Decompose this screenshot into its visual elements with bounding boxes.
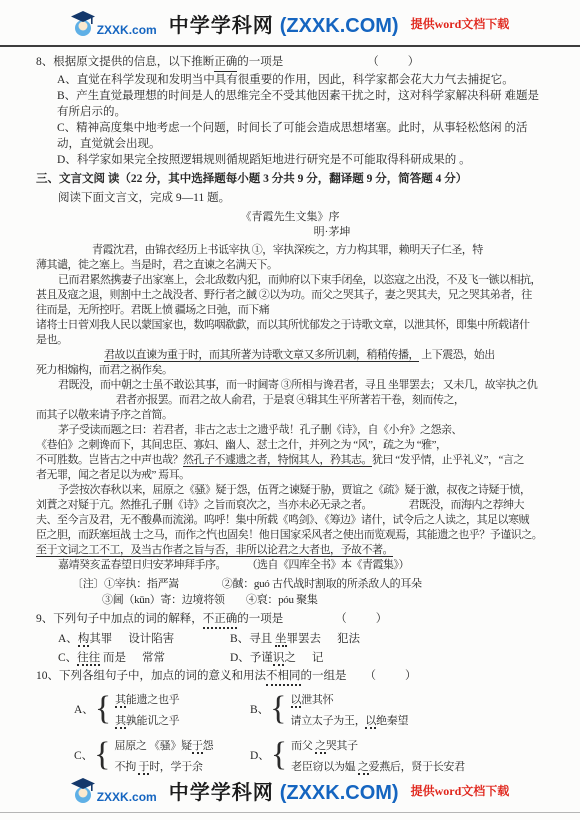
q10-stem-emphasis: 不相同 bbox=[266, 668, 301, 686]
site-domain: (ZXXK.COM) bbox=[280, 15, 399, 37]
doc-line: 〔注〕①宰执：指严嵩 ②馘：guó 古代战时割取的所杀敌人的耳朵 bbox=[72, 576, 544, 592]
option-text: 精神高度集中地考虑一个问题，时间长了可能会造成思想堵塞。此时，从事轻松悠闲 的活… bbox=[57, 122, 528, 150]
q9-option-c: C、往往 而是常常 bbox=[58, 651, 230, 666]
option-sentence: 其孰能讥之乎 bbox=[115, 712, 179, 728]
text-segment: 识 bbox=[273, 652, 285, 666]
option-label: D、 bbox=[250, 747, 270, 763]
q10-stem: 10、下列各组句子中，加点的词的意义和用法 不相同 的一组是 （ ） bbox=[36, 668, 544, 686]
text-segment: 其罪 bbox=[89, 633, 112, 645]
text-segment: 而是 bbox=[100, 652, 126, 664]
text-segment: 君既没，而海内之荐绅大 bbox=[409, 499, 525, 511]
text-segment: 者无罪，闻之者足以为戒” 焉耳。 bbox=[36, 469, 190, 481]
option-label: B、 bbox=[230, 633, 249, 645]
option-phrase: 予谨识之 bbox=[250, 652, 296, 666]
site-name: 中学学科网 bbox=[169, 782, 274, 804]
option-meaning: 犯法 bbox=[337, 633, 360, 645]
text-segment bbox=[221, 559, 253, 571]
q10-option-a: A、 其能遗之也乎其孰能讥之乎 bbox=[74, 691, 250, 728]
download-tagline: 提供word文档下载 bbox=[411, 782, 510, 799]
doc-line: 君者亦报罢。而君之故人俞君，于是裒 ④辑其生平所著若干卷，刻而传之， bbox=[36, 393, 544, 408]
q8-option-b: B、产生直觉最理想的时间是人的思维完全不受其他因素干扰之时，这对科学家解决科研 … bbox=[57, 88, 544, 120]
text-segment: 予尝按次春秋以来，屈原之《骚》疑于怨，伍胥之谏疑于胁，贾谊之《疏》疑于激，叔夜之… bbox=[58, 484, 531, 496]
option-label: A、 bbox=[74, 701, 94, 717]
option-sentence: 请立太子为王，以绝秦望 bbox=[291, 712, 409, 728]
text-segment: 君故以直谏为重于时，而其所著为诗歌文章又多所讥刺，稍稍传播， bbox=[104, 349, 419, 363]
bottom-rule bbox=[0, 812, 580, 813]
site-title: 中学学科网 (ZXXK.COM) bbox=[169, 776, 399, 805]
text-segment: 上下震恐，始出 bbox=[419, 349, 495, 361]
option-meaning: 记 bbox=[312, 652, 324, 664]
option-phrase: 往往 而是 bbox=[77, 652, 126, 666]
question-10: 10、下列各组句子中，加点的词的意义和用法 不相同 的一组是 （ ） A、 其能… bbox=[36, 668, 544, 774]
text-segment: （选自《四库全书》本《青霞集》） bbox=[252, 559, 409, 571]
option-label: B、 bbox=[57, 90, 76, 102]
text-segment: 往往 bbox=[77, 652, 100, 666]
site-domain: (ZXXK.COM) bbox=[280, 782, 399, 804]
exam-page: ZXXK.com 中学学科网 (ZXXK.COM) 提供word文档下载 8、根… bbox=[0, 0, 580, 820]
text-segment: 君既没，而中朝之士虽不敢讼其事，而一时阃寄 ③所相与谗君者，寻且 坐罪罢去； 又… bbox=[58, 379, 537, 391]
brace-icon bbox=[94, 741, 110, 770]
q10-number: 10、 bbox=[36, 668, 59, 684]
logo-text: ZXXK.com bbox=[97, 23, 157, 37]
q9-stem-text: 下列句子中加点的词的解释， bbox=[53, 611, 203, 627]
text-segment: 泄其怀 bbox=[301, 694, 333, 706]
doc-line: 君故以直谏为重于时，而其所著为诗歌文章又多所讥刺，稍稍传播， 上下震恐，始出 bbox=[36, 348, 544, 363]
answer-bracket: （ ） bbox=[365, 668, 419, 684]
text-segment: 构 bbox=[78, 633, 90, 647]
passage-body: 青霞沈君，由锦衣经历上书诋宰执 ①，宰执深疾之，方力构其罪，赖明天子仁圣，特薄其… bbox=[36, 243, 544, 573]
doc-line: 是也。 bbox=[36, 333, 544, 348]
doc-line: 而其子以敬来请予序之首简。 bbox=[36, 408, 544, 423]
text-segment: 能遗之也乎 bbox=[126, 694, 180, 706]
q9-options-grid: A、构其罪设计陷害 B、寻且 坐罪罢去犯法 C、往往 而是常常 D、予谨识之记 bbox=[58, 632, 544, 666]
text-segment: 死力相煽构，而君之祸作矣。 bbox=[36, 364, 173, 376]
brace-icon bbox=[271, 741, 287, 770]
doc-line: 者无罪，闻之者足以为戒” 焉耳。 bbox=[36, 468, 544, 483]
text-segment: 寻且 bbox=[249, 633, 275, 645]
text-segment: 不可胜数。岂皆古之中声也哉？ bbox=[36, 454, 183, 466]
text-segment: 嘉靖癸亥孟春望日归安茅坤拜手序。 bbox=[58, 559, 221, 571]
doc-line: 已而君累然携妻子出家塞上，会北敌数内犯，而帅府以下束手闭垒，以恣寇之出没，不及飞… bbox=[36, 273, 544, 288]
q8-stem: 8、根据原文提供的信息，以下推断 正确 的一项是 （ ） bbox=[36, 54, 544, 72]
q10-option-b: B、 以泄其怀请立太子为王，以绝秦望 bbox=[250, 691, 544, 728]
option-text: 直觉在科学发现和发明当中具有很重要的作用，因此，科学家都会花大力气去捕捉它。 bbox=[77, 74, 514, 86]
question-9: 9、下列句子中加点的词的解释，不正确 的一项是 （ ） A、构其罪设计陷害 B、… bbox=[36, 611, 544, 666]
q8-option-a: A、直觉在科学发现和发明当中具有很重要的作用，因此，科学家都会花大力气去捕捉它。 bbox=[57, 72, 544, 88]
text-segment: 薄其谴，徙之塞上。当是时，君之直谏之名满天下。 bbox=[36, 259, 278, 271]
site-title: 中学学科网 (ZXXK.COM) bbox=[169, 9, 399, 38]
text-segment: 而其子以敬来请予序之首简。 bbox=[36, 409, 173, 421]
page-content: 8、根据原文提供的信息，以下推断 正确 的一项是 （ ） A、直觉在科学发现和发… bbox=[0, 47, 580, 774]
option-text: 产生直觉最理想的时间是人的思维完全不受其他因素干扰之时，这对科学家解决科研 难题… bbox=[57, 90, 539, 118]
text-segment: 之 bbox=[284, 652, 296, 664]
text-segment: 坐 bbox=[275, 633, 287, 647]
text-segment: 哭其子 bbox=[326, 740, 358, 752]
text-segment: 青霞沈君，由锦衣经历上书诋宰执 ①，宰执深疾之，方力构其罪，赖明天子仁圣，特 bbox=[92, 244, 483, 256]
text-segment: 以 bbox=[365, 715, 376, 729]
option-label: B、 bbox=[250, 701, 269, 717]
answer-bracket: （ ） bbox=[335, 611, 389, 627]
option-text: 科学家如果完全按照逻辑规则循规蹈矩地进行研究是不可能取得科研成果的 。 bbox=[77, 154, 471, 166]
doc-line: 甚且及寇之退，则割中土之战没者、野行者之馘 ②以为功。而父之哭其子，妻之哭其夫，… bbox=[36, 288, 544, 303]
option-label: D、 bbox=[57, 154, 77, 166]
q10-stem-tail: 的一组是 bbox=[301, 668, 347, 684]
text-segment: 然孔子不遽遗之者，特悯其人，矜其志。 bbox=[183, 454, 372, 468]
q9-option-b: B、寻且 坐罪罢去犯法 bbox=[230, 632, 544, 647]
q9-option-a: A、构其罪设计陷害 bbox=[58, 632, 230, 647]
option-pair: 其能遗之也乎其孰能讥之乎 bbox=[115, 691, 179, 728]
option-meaning: 设计陷害 bbox=[128, 633, 174, 645]
doc-line: 薄其谴，徙之塞上。当是时，君之直谏之名满天下。 bbox=[36, 258, 544, 273]
text-segment: 怨 bbox=[203, 740, 214, 752]
text-segment: 绝秦望 bbox=[376, 715, 408, 727]
zxxk-mascot-icon bbox=[71, 11, 95, 37]
text-segment: 刘蕡之对疑于亢。然推孔子删《诗》之旨而裒次之，当亦未必无录之者。 bbox=[36, 499, 367, 511]
download-tagline: 提供word文档下载 bbox=[411, 15, 510, 32]
option-sentence: 以泄其怀 bbox=[291, 691, 409, 707]
site-name: 中学学科网 bbox=[169, 15, 274, 37]
option-label: C、 bbox=[57, 122, 76, 134]
doc-line: 君既没，而中朝之士虽不敢讼其事，而一时阃寄 ③所相与谗君者，寻且 坐罪罢去； 又… bbox=[36, 378, 544, 393]
option-sentence: 而父 之哭其子 bbox=[291, 737, 465, 753]
answer-bracket: （ ） bbox=[367, 54, 421, 70]
text-segment: 茅子受读而题之曰：若君者，非古之志士之遗乎哉！孔子删《诗》，自《小弁》之怨亲、 bbox=[58, 424, 462, 436]
text-segment: 是也。 bbox=[36, 334, 68, 346]
option-phrase: 构其罪 bbox=[78, 633, 113, 647]
text-segment: 其 bbox=[115, 694, 126, 708]
text-segment: 孰能讥之乎 bbox=[126, 715, 180, 727]
text-segment: 以 bbox=[291, 694, 302, 708]
option-label: A、 bbox=[57, 74, 77, 86]
doc-line: 刘蕡之对疑于亢。然推孔子删《诗》之旨而裒次之，当亦未必无录之者。 君既没，而海内… bbox=[36, 498, 544, 513]
option-label: D、 bbox=[230, 652, 250, 664]
q8-stem-text: 根据原文提供的信息，以下推断 bbox=[53, 54, 214, 70]
text-segment: 甚且及寇之退，则割中土之战没者、野行者之馘 ②以为功。而父之哭其子，妻之哭其夫，… bbox=[36, 289, 532, 301]
text-segment: 之 bbox=[315, 740, 326, 754]
text-segment: 其 bbox=[115, 715, 126, 729]
doc-line: 臣之胆，而跃塞垣战 士之马，而作之忾也固矣！他日国家采风者之使出而览观焉，其能遗… bbox=[36, 528, 544, 543]
option-phrase: 寻且 坐罪罢去 bbox=[249, 633, 321, 647]
doc-line: 诸将士日菅刈我人民以蒙国家也，数呜咽欷歔，而以其所忧郁发之于诗歌文章，以泄其怀，… bbox=[36, 318, 544, 333]
doc-line: 嘉靖癸亥孟春望日归安茅坤拜手序。 （选自《四库全书》本《青霞集》） bbox=[36, 558, 544, 573]
section-3-heading: 三、文言文阅 读（22 分，其中选择题每小题 3 分共 9 分，翻译题 9 分，… bbox=[36, 171, 544, 188]
text-segment: ③阃（kūn）寄：边境将领 ④裒：póu 聚集 bbox=[102, 594, 318, 606]
zxxk-logo: ZXXK.com bbox=[71, 778, 157, 804]
q9-number: 9、 bbox=[36, 611, 53, 627]
text-segment: 于 bbox=[192, 740, 203, 754]
doc-line: 茅子受读而题之曰：若君者，非古之志士之遗乎哉！孔子删《诗》，自《小弁》之怨亲、 bbox=[36, 423, 544, 438]
brace-icon bbox=[95, 695, 111, 724]
q9-stem: 9、下列句子中加点的词的解释，不正确 的一项是 （ ） bbox=[36, 611, 544, 629]
text-segment: 诸将士日菅刈我人民以蒙国家也，数呜咽欷歔，而以其所忧郁发之于诗歌文章，以泄其怀，… bbox=[36, 319, 530, 331]
text-segment: 〔注〕①宰执：指严嵩 ②馘：guó 古代战时割取的所杀敌人的耳朵 bbox=[72, 578, 422, 590]
zxxk-logo: ZXXK.com bbox=[71, 11, 157, 37]
doc-line: ③阃（kūn）寄：边境将领 ④裒：póu 聚集 bbox=[72, 592, 544, 608]
option-meaning: 常常 bbox=[142, 652, 165, 664]
doc-line: 不可胜数。岂皆古之中声也哉？然孔子不遽遗之者，特悯其人，矜其志。犹曰 “发乎情，… bbox=[36, 453, 544, 468]
text-segment: 屈原之 《骚》疑 bbox=[115, 740, 192, 752]
doc-line: 予尝按次春秋以来，屈原之《骚》疑于怨，伍胥之谏疑于胁，贾谊之《疏》疑于激，叔夜之… bbox=[36, 483, 544, 498]
option-label: C、 bbox=[74, 747, 93, 763]
text-segment: 至于文词之工不工，及当古作者之旨与否，非所以论君之大者也，予故不著。 bbox=[36, 544, 393, 558]
q9-stem-emphasis: 不正确 bbox=[203, 611, 238, 629]
q8-stem-emphasis: 正确 bbox=[214, 54, 237, 72]
text-segment: 予谨 bbox=[250, 652, 273, 664]
option-sentence: 其能遗之也乎 bbox=[115, 691, 179, 707]
text-segment: 请立太子为王， bbox=[291, 715, 366, 727]
q8-stem-tail: 的一项是 bbox=[237, 54, 283, 70]
logo-text: ZXXK.com bbox=[97, 790, 157, 804]
q9-stem-tail: 的一项是 bbox=[237, 611, 283, 627]
doc-line: 至于文词之工不工，及当古作者之旨与否，非所以论君之大者也，予故不著。 bbox=[36, 543, 544, 558]
option-label: A、 bbox=[58, 633, 78, 645]
q10-stem-text: 下列各组句子中，加点的词的意义和用法 bbox=[59, 668, 266, 684]
footer-bar: ZXXK.com 中学学科网 (ZXXK.COM) 提供word文档下载 bbox=[0, 767, 580, 812]
doc-line: 死力相煽构，而君之祸作矣。 bbox=[36, 363, 544, 378]
text-segment: 《巷伯》之刺谗而下，其间忠臣、寡妇、幽人、怼士之什，并列之为 “风”，疏之为 “… bbox=[36, 439, 447, 451]
zxxk-mascot-icon bbox=[71, 778, 95, 804]
text-segment: 罪罢去 bbox=[287, 633, 322, 645]
q9-option-d: D、予谨识之记 bbox=[230, 651, 544, 666]
doc-line: 夫、至今言及君，无不酸鼻而流涕。呜呼！集中所载《鸣剑》、《筹边》诸什，试令后之人… bbox=[36, 513, 544, 528]
text-segment: 君者亦报罢。而君之故人俞君，于是裒 ④辑其生平所著若干卷，刻而传之， bbox=[116, 394, 465, 406]
brace-icon bbox=[270, 695, 286, 724]
passage-author: 明·茅坤 bbox=[36, 225, 544, 240]
text-segment bbox=[367, 499, 409, 511]
option-pair: 以泄其怀请立太子为王，以绝秦望 bbox=[291, 691, 409, 728]
text-segment: 已而君累然携妻子出家塞上，会北敌数内犯，而帅府以下束手闭垒，以恣寇之出没，不及飞… bbox=[58, 274, 541, 286]
passage-intro: 阅读下面文言文，完成 9—11 题。 bbox=[58, 190, 544, 206]
option-label: C、 bbox=[58, 652, 77, 664]
q8-option-c: C、精神高度集中地考虑一个问题，时间长了可能会造成思想堵塞。此时，从事轻松悠闲 … bbox=[57, 120, 544, 152]
q8-number: 8、 bbox=[36, 54, 53, 70]
text-segment: 犹曰 “发乎情，止乎礼义”，“言之 bbox=[372, 454, 524, 466]
header-bar: ZXXK.com 中学学科网 (ZXXK.COM) 提供word文档下载 bbox=[0, 0, 580, 47]
q10-options-grid: A、 其能遗之也乎其孰能讥之乎 B、 以泄其怀请立太子为王，以绝秦望 C、 屈原… bbox=[74, 691, 544, 774]
text-segment: 往而是，无所控吁。君既上愤 疆场之日弛，而下痛 bbox=[36, 304, 269, 316]
option-sentence: 屈原之 《骚》疑于怨 bbox=[115, 737, 214, 753]
doc-line: 往而是，无所控吁。君既上愤 疆场之日弛，而下痛 bbox=[36, 303, 544, 318]
doc-line: 《巷伯》之刺谗而下，其间忠臣、寡妇、幽人、怼士之什，并列之为 “风”，疏之为 “… bbox=[36, 438, 544, 453]
doc-line: 青霞沈君，由锦衣经历上书诋宰执 ①，宰执深疾之，方力构其罪，赖明天子仁圣，特 bbox=[36, 243, 544, 258]
passage-notes: 〔注〕①宰执：指严嵩 ②馘：guó 古代战时割取的所杀敌人的耳朵③阃（kūn）寄… bbox=[72, 576, 544, 608]
question-8: 8、根据原文提供的信息，以下推断 正确 的一项是 （ ） A、直觉在科学发现和发… bbox=[36, 54, 544, 168]
text-segment: 而父 bbox=[291, 740, 315, 752]
text-segment: 臣之胆，而跃塞垣战 士之马，而作之忾也固矣！他日国家采风者之使出而览观焉，其能遗… bbox=[36, 529, 542, 541]
q8-option-d: D、科学家如果完全按照逻辑规则循规蹈矩地进行研究是不可能取得科研成果的 。 bbox=[57, 152, 544, 168]
passage-title: 《青霞先生文集》序 bbox=[36, 209, 544, 225]
text-segment: 夫、至今言及君，无不酸鼻而流涕。呜呼！集中所载《鸣剑》、《筹边》诸什，试令后之人… bbox=[36, 514, 529, 526]
